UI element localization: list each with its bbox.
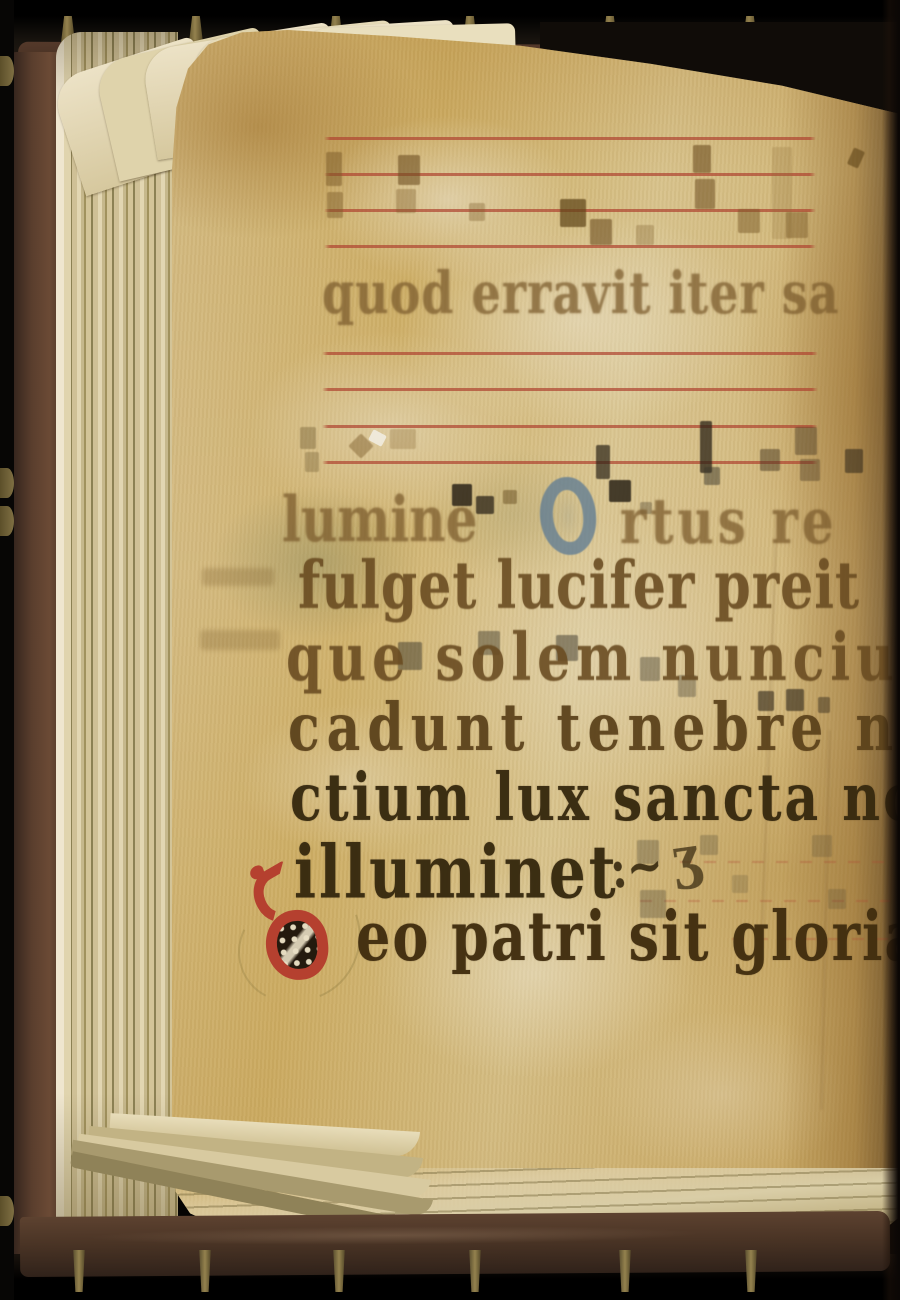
clasp-knob [0,468,14,498]
clasp-knobs [0,0,20,1300]
binding-boss [330,1250,348,1292]
clasp-knob [0,56,14,86]
clasp-knob [0,506,14,536]
binding-boss [196,1250,214,1292]
photo-stage: quod erravit iter sa lumine O rtus re fu… [0,0,900,1300]
binding-boss [616,1250,634,1292]
gutter-shadow-right [882,0,900,1300]
binding-bosses-bottom [0,0,900,1300]
clasp-knob [0,1196,14,1226]
binding-boss [742,1250,760,1292]
binding-boss [70,1250,88,1292]
binding-boss [466,1250,484,1292]
